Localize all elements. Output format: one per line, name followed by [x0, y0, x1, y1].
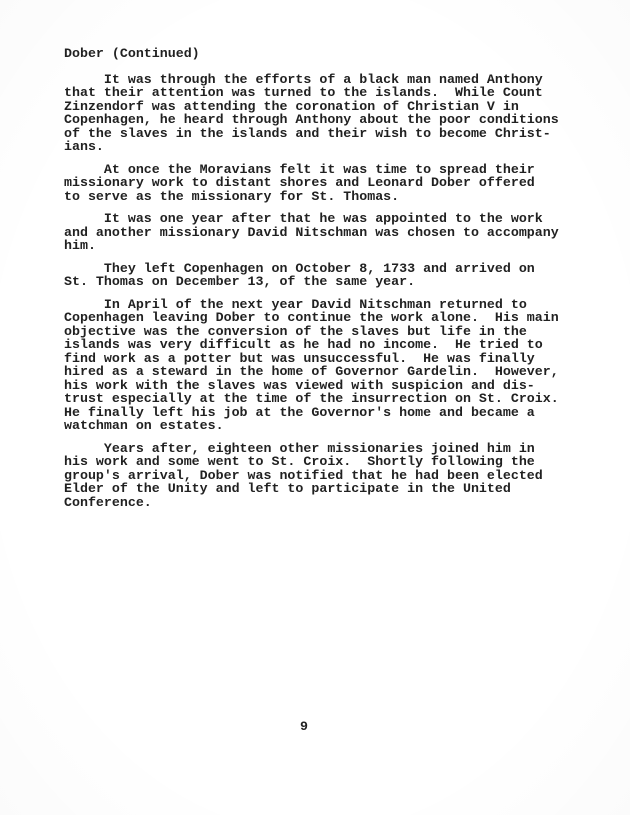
page-number: 9	[300, 720, 308, 734]
paragraph: It was through the efforts of a black ma…	[64, 73, 630, 154]
paragraph: In April of the next year David Nitschma…	[64, 298, 630, 433]
paragraph: They left Copenhagen on October 8, 1733 …	[64, 262, 630, 289]
document-header: Dober (Continued)	[64, 47, 630, 61]
paragraph: It was one year after that he was appoin…	[64, 212, 630, 253]
document-page: Dober (Continued) It was through the eff…	[0, 0, 630, 815]
paragraph: At once the Moravians felt it was time t…	[64, 163, 630, 204]
paragraph: Years after, eighteen other missionaries…	[64, 442, 630, 510]
